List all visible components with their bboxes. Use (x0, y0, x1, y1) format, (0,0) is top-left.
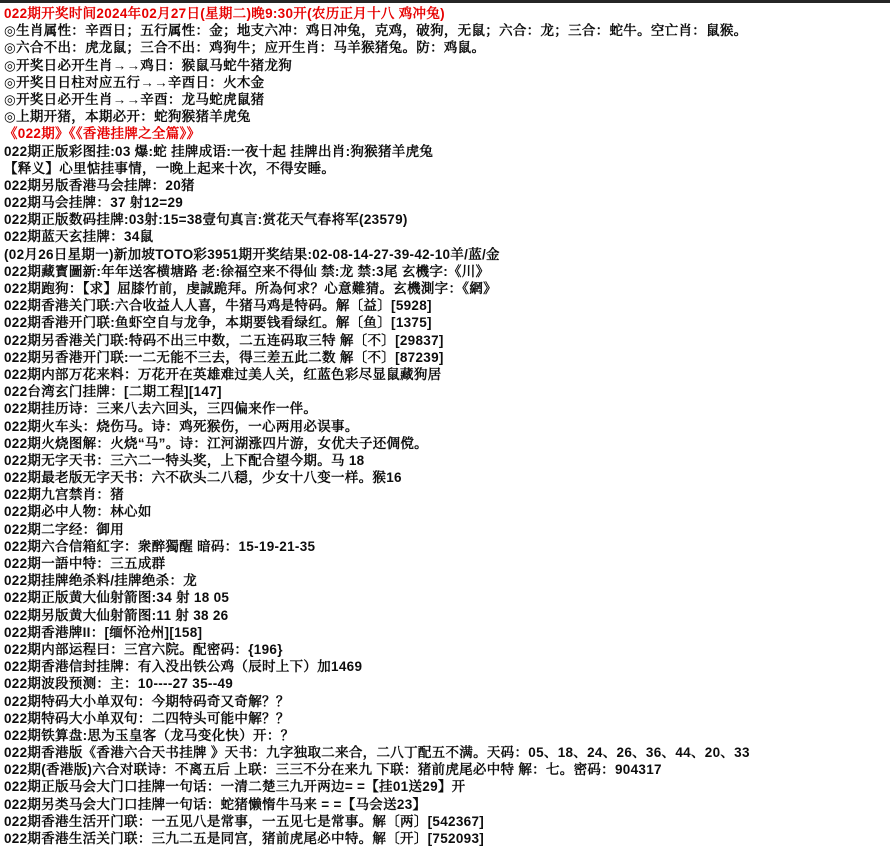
text-line: 022期无字天书：三六二一特头奖，上下配合望今期。马 18 (4, 452, 890, 469)
text-line: 022期另版黄大仙射箭图:11 射 38 26 (4, 607, 890, 624)
text-line: 022期香港信封挂牌：有入没出铁公鸡（辰时上下）加1469 (4, 658, 890, 675)
text-line: ◎六合不出：虎龙鼠；三合不出：鸡狗牛；应开生肖：马羊猴猪兔。防：鸡鼠。 (4, 39, 890, 56)
text-line: 022期二字经：御用 (4, 521, 890, 538)
text-line: 022期另香港关门联:特码不出三中数，二五连码取三特 解〔不〕[29837] (4, 332, 890, 349)
text-line: 022期正版黄大仙射箭图:34 射 18 05 (4, 589, 890, 606)
text-line: 022期藏寳圖新:年年送客横塘路 老:徐福空来不得仙 禁:龙 禁:3尾 玄機字:… (4, 263, 890, 280)
text-line: ◎上期开猪，本期必开：蛇狗猴猪羊虎兔 (4, 108, 890, 125)
text-line: 022期另版香港马会挂牌：20猪 (4, 177, 890, 194)
text-line: (02月26日星期一)新加坡TOTO彩3951期开奖结果:02-08-14-27… (4, 246, 890, 263)
text-line: 022期香港版《香港六合天书挂牌 》天书：九字独取二来合，二八丁配五不满。天码：… (4, 744, 890, 761)
text-line: ◎生肖属性：辛酉日；五行属性：金；地支六冲：鸡日冲兔，克鸡，破狗，无鼠；六合：龙… (4, 22, 890, 39)
text-line: 022期另香港开门联:一二无能不三去，得三差五此二数 解〔不〕[87239] (4, 349, 890, 366)
text-line: 022期另类马会大门口挂牌一句话：蛇猪懒惰牛马来 = =【马会送23】 (4, 796, 890, 813)
text-line: 022期马会挂牌：37 射12=29 (4, 194, 890, 211)
text-line: 022期香港关门联:六合收益人人喜，牛猪马鸡是特码。解〔益〕[5928] (4, 297, 890, 314)
text-line: 022期火车头：烧伤马。诗：鸡死猴伤，一心两用必误事。 (4, 418, 890, 435)
text-line: 022期一語中特：三五成群 (4, 555, 890, 572)
text-line: 022期开奖时间2024年02月27日(星期二)晚9:30开(农历正月十八 鸡冲… (4, 5, 890, 22)
text-line: 022期(香港版)六合对联诗：不离五后 上联：三三不分在来九 下联：猪前虎尾必中… (4, 761, 890, 778)
text-line: 022期挂牌绝杀料/挂牌绝杀：龙 (4, 572, 890, 589)
text-line: 022期必中人物：林心如 (4, 503, 890, 520)
text-line: 【释义】心里惦挂事情，一晚上起来十次，不得安睡。 (4, 160, 890, 177)
text-line: 022期火烧图解：火烧“马”。诗：江河湖涨四片游，女优夫子还倜傥。 (4, 435, 890, 452)
text-line: ◎开奖日日柱对应五行→→辛酉日：火木金 (4, 74, 890, 91)
text-line: 022期香港牌II：[缅怀沧州][158] (4, 624, 890, 641)
content-lines: 022期开奖时间2024年02月27日(星期二)晚9:30开(农历正月十八 鸡冲… (0, 3, 890, 847)
text-line: 022期九宫禁肖：猪 (4, 486, 890, 503)
text-line: 022期内部运程曰：三宫六院。配密码：{196} (4, 641, 890, 658)
text-line: 022期最老版无字天书：六不砍头二八穏，少女十八变一样。猴16 (4, 469, 890, 486)
text-line: 022期跑狗：【求】屈膝竹前，虔誠跪拜。所為何求？心意難猜。玄機測字：《網》 (4, 280, 890, 297)
text-line: 022期香港生活开门联：一五见八是常事，一五见七是常事。解〔两〕[542367] (4, 813, 890, 830)
text-line: 022台湾玄门挂牌：[二期工程][147] (4, 383, 890, 400)
text-line: 《022期》《《香港挂牌之全篇》》 (4, 125, 890, 142)
text-line: ◎开奖日必开生肖→→鸡日：猴鼠马蛇牛猪龙狗 (4, 57, 890, 74)
text-line: 022期香港开门联:鱼虾空自与龙争，本期要钱看绿红。解〔鱼〕[1375] (4, 314, 890, 331)
text-line: 022期特码大小单双句：二四特头可能中解？？ (4, 710, 890, 727)
text-line: ◎开奖日必开生肖→→辛酉：龙马蛇虎鼠猪 (4, 91, 890, 108)
text-line: 022期正版彩图挂:03 爆:蛇 挂牌成语:一夜十起 挂牌出肖:狗猴猪羊虎兔 (4, 143, 890, 160)
text-line: 022期波段预测：主：10----27 35--49 (4, 675, 890, 692)
text-line: 022期内部万花来料：万花开在英雄难过美人关，红蓝色彩尽显鼠藏狗居 (4, 366, 890, 383)
text-line: 022期挂历诗：三来八去六回头，三四偏来作一伴。 (4, 400, 890, 417)
text-line: 022期特码大小单双句：今期特码奇又奇解？？ (4, 693, 890, 710)
lottery-info-page: 022期开奖时间2024年02月27日(星期二)晚9:30开(农历正月十八 鸡冲… (0, 0, 890, 848)
text-line: 022期蓝天玄挂牌：34鼠 (4, 228, 890, 245)
text-line: 022期正版数码挂牌:03射:15=38壹句真言:赏花天气春将军(23579) (4, 211, 890, 228)
text-line: 022期正版马会大门口挂牌一句话：一清二楚三九开两边= =【挂01送29】开 (4, 778, 890, 795)
text-line: 022期香港生活关门联：三九二五是同宫，猪前虎尾必中特。解〔开〕[752093] (4, 830, 890, 847)
text-line: 022期铁算盘:思为玉皇客（龙马变化快）开：？ (4, 727, 890, 744)
text-line: 022期六合信箱紅字：衆醉獨醒 暗码：15-19-21-35 (4, 538, 890, 555)
